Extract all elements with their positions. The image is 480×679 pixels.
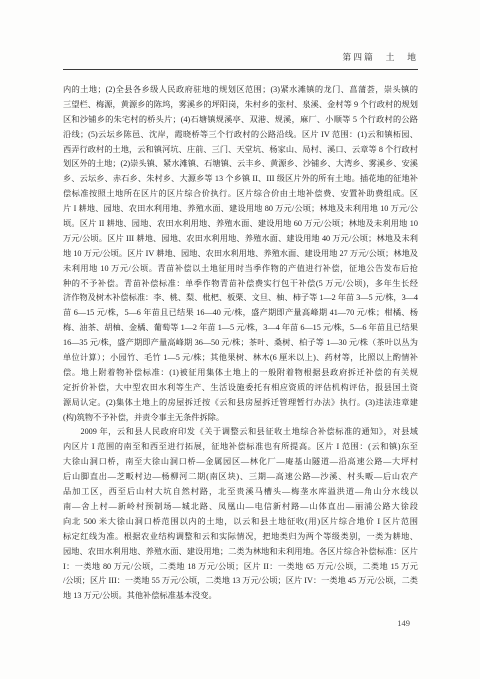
text-line: 沿线；(5)云坛乡陈邑、沈岸，霞晓桥等三个行政村的公路沿线。区片 IV 范围：(…: [63, 128, 418, 143]
text-line: 内的土地；(2)全县各乡级人民政府驻地的规划区范围；(3)紧水滩镇的龙门、菖蒲荟…: [63, 83, 418, 98]
text-line: 品加工区，西至后山村大坑自然村路，北至贵溪马槽头—梅垄水库溢洪道—角山分水线以: [63, 485, 418, 500]
text-line: 西弄行政村的土地，云和镇河坑、庄前、三门、天堂坑、杨家山、局村、溪口、云章等 8…: [63, 143, 418, 158]
text-line: 乡、云坛乡、赤石乡、朱村乡、大源乡等 13 个乡镇 II、III 级区片外的所有…: [63, 172, 418, 187]
text-line: 种的不予补偿。青苗补偿标准：单季作物青苗补偿费实行包干补偿(5 万元/公顷)，多…: [63, 277, 418, 292]
text-line: 顷。区片 II 耕地、园地、农田水利用地、养殖水面、建设用地 60 万元/公顷；…: [63, 217, 418, 232]
page-number: 149: [63, 618, 410, 628]
text-line: 标定红线为准。根据农业结构调整和云和实际情况，把地类归为两个等级类别，一类为耕地…: [63, 530, 418, 545]
paragraph-compensation-standards: 内的土地；(2)全县各乡级人民政府驻地的规划区范围；(3)紧水滩镇的龙门、菖蒲荟…: [63, 83, 418, 425]
text-line: 梅、油茶、胡柚、金橘、葡萄等 1—2 年苗 1—5 元/株，3—4 年苗 6—1…: [63, 321, 418, 336]
text-line: 定折价补偿，大中型农田水利等生产、生活设施委托有相应资质的评估机构评估，报县国土…: [63, 381, 418, 396]
text-line: I：一类地 80 万元/公顷，二类地 18 万元/公顷；区片 II：一类地 65…: [63, 560, 418, 575]
text-line: 向北 500 米大徐山洞口桥范围以内的土地，以云和县土地征收(用)区片综合地价 …: [63, 515, 418, 530]
text-line: 16—35 元/株，盛产期即产量高峰期 36—50 元/株；茶叶、桑树、柏子等 …: [63, 336, 418, 351]
text-line: 济作物及树木补偿标准：李、桃、梨、枇杷、板栗、文旦、柚、柿子等 1—2 年苗 3…: [63, 291, 418, 306]
body-text: 内的土地；(2)全县各乡级人民政府驻地的规划区范围；(3)紧水滩镇的龙门、菖蒲荟…: [63, 83, 418, 604]
text-line: 未利用地 10 万元/公顷。青苗补偿以土地征用时当季作物的产值进行补偿，征地公告…: [63, 262, 418, 277]
text-line: 源局认定。(2)集体土地上的房屋拆迁按《云和县房屋拆迁管理暂行办法》执行。(3)…: [63, 396, 418, 411]
section-title: 第四篇 土 地: [342, 52, 418, 62]
text-line: 2009 年，云和县人民政府印发《关于调整云和县征收土地综合补偿标准的通知》，对…: [63, 425, 418, 440]
text-line: 区和沙铺乡的朱宅村的桥头片；(4)石塘镇规溪亭、双港、规溪，麻厂、小顺等 5 个…: [63, 113, 418, 128]
text-line: /公顷；区片 III：一类地 55 万元/公顷，二类地 13 万元/公顷；区片 …: [63, 574, 418, 589]
document-page: 第四篇 土 地 内的土地；(2)全县各乡级人民政府驻地的规划区范围；(3)紧水滩…: [0, 0, 480, 679]
text-block: 第四篇 土 地 内的土地；(2)全县各乡级人民政府驻地的规划区范围；(3)紧水滩…: [63, 50, 418, 604]
text-line: 后山脚直出—芝畈村边—杨柳河二期(南区块)、三期—高速公路—沙溪、村头畈—后山农…: [63, 470, 418, 485]
text-line: 偿。地上附着物补偿标准：(1)被征用集体土地上的一般附着物根据县政府拆迁补偿的有…: [63, 366, 418, 381]
text-line: 苗 6—15 元/株，5—6 年苗且已结果 16—40 元/株，盛产期即产量高峰…: [63, 306, 418, 321]
page-header: 第四篇 土 地: [63, 50, 418, 70]
text-line: 偿标准按照土地所在区片的区片综合价执行。区片综合价由土地补偿费、安置补助费组成。…: [63, 187, 418, 202]
text-line: 地 13 万元/公顷。其他补偿标准基本没变。: [63, 589, 418, 604]
text-line: 内区片 I 范围的南至和西至进行拓展，征地补偿标准也有所提高。区片 I 范围：(…: [63, 440, 418, 455]
text-line: 单位计算）；小园竹、毛竹 1—5 元/株；其他果树、林木(6 厘米以上)、药材等…: [63, 351, 418, 366]
text-line: 片 I 耕地、园地、农田水利用地、养殖水面、建设用地 80 万元/公顷；林地及未…: [63, 202, 418, 217]
text-line: 万元/公顷。区片 III 耕地、园地、农田水利用地、养殖水面、建设用地 40 万…: [63, 232, 418, 247]
text-line: (构)筑物不予补偿，并责令事主无条件拆除。: [63, 411, 418, 426]
text-line: 三望栏、梅源，黄源乡的陈坞，雾溪乡的坪阳岗，朱村乡的张村、泉溪、金村等 9 个行…: [63, 98, 418, 113]
text-line: 划区外的土地；(2)崇头镇、紧水滩镇、石塘镇、云丰乡、黄源乡、沙铺乡、大湾乡、雾…: [63, 157, 418, 172]
text-line: 南—舍上村—新岭村预制场—城北路、凤凰山—电信新村路—山体直出—丽浦公路大徐段: [63, 500, 418, 515]
text-line: 大徐山洞口桥，南至大徐山洞口桥—金属园区—林化厂—庵基山隧道—沿高速公路—大坪村: [63, 455, 418, 470]
paragraph-2009-adjustment: 2009 年，云和县人民政府印发《关于调整云和县征收土地综合补偿标准的通知》，对…: [63, 425, 418, 604]
text-line: 地 10 万元/公顷。区片 IV 耕地、园地、农田水利用地、养殖水面、建设用地 …: [63, 247, 418, 262]
text-line: 园地、农田水利用地、养殖水面、建设用地；二类为林地和未利用地。各区片综合补偿标准…: [63, 545, 418, 560]
